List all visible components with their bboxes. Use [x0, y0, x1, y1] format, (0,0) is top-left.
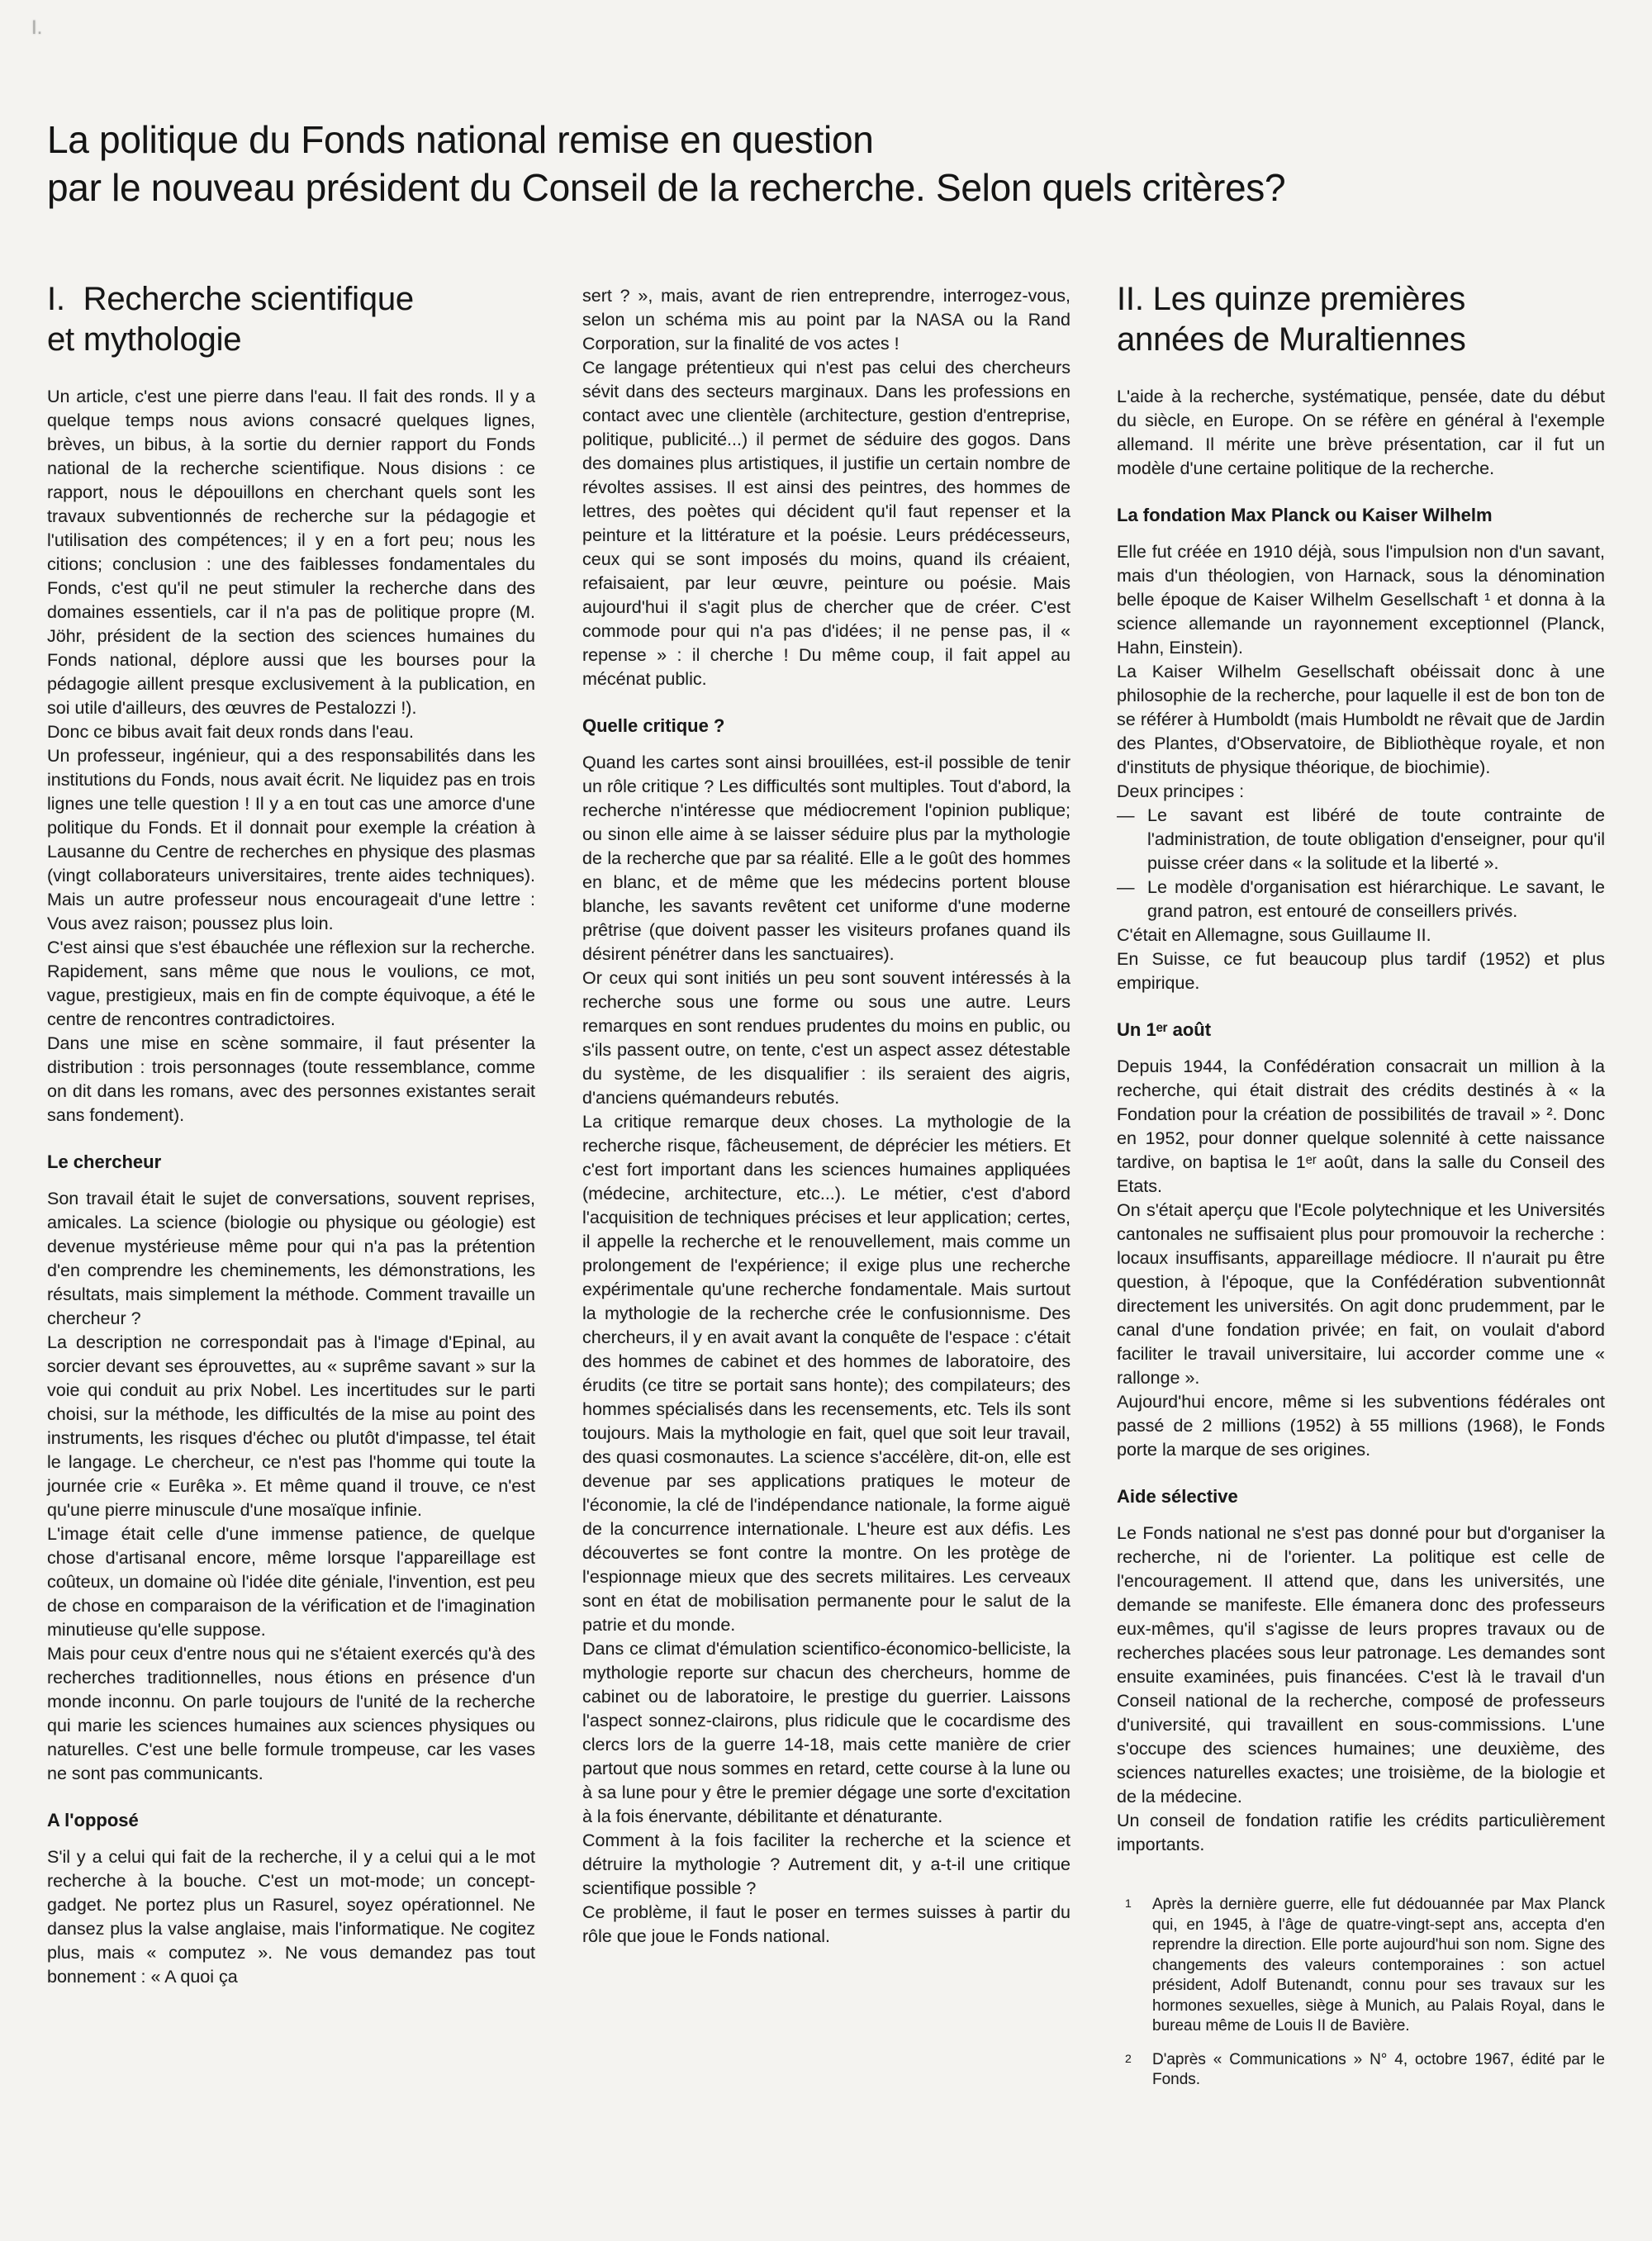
list-item-text: Le savant est libéré de toute contrainte… — [1147, 805, 1605, 873]
section-heading-2: II. Les quinze premières années de Mural… — [1117, 279, 1605, 360]
subheading-a-l-oppose: A l'opposé — [47, 1809, 535, 1832]
paragraph: C'était en Allemagne, sous Guillaume II. — [1117, 923, 1605, 947]
footnote-1-text: Après la dernière guerre, elle fut dédou… — [1152, 1896, 1605, 2034]
newspaper-page: I. La politique du Fonds national remise… — [0, 0, 1652, 2241]
dash-icon: — — [1117, 876, 1135, 900]
column-1: I. Recherche scientifique et mythologie … — [47, 279, 535, 1989]
section-heading-1: I. Recherche scientifique et mythologie — [47, 279, 535, 360]
list-item-text: Le modèle d'organisation est hiérarchiqu… — [1147, 877, 1605, 921]
list-item: — Le modèle d'organisation est hiérarchi… — [1117, 876, 1605, 923]
section-heading-1-line2: et mythologie — [47, 320, 535, 360]
section-heading-2-line2: années de Muraltiennes — [1117, 320, 1605, 360]
paragraph: On s'était aperçu que l'Ecole polytechni… — [1117, 1199, 1605, 1390]
paragraph: Depuis 1944, la Confédération consacrait… — [1117, 1055, 1605, 1199]
paragraph: sert ? », mais, avant de rien entreprend… — [582, 284, 1070, 356]
article-title-line1: La politique du Fonds national remise en… — [47, 116, 1616, 164]
article-title-line2: par le nouveau président du Conseil de l… — [47, 164, 1616, 211]
paragraph: C'est ainsi que s'est ébauchée une réfle… — [47, 936, 535, 1032]
subheading-un-1er-aout: Un 1ᵉʳ août — [1117, 1018, 1605, 1042]
footnotes: 1 Après la dernière guerre, elle fut déd… — [1117, 1895, 1605, 2091]
footnote-2: 2 D'après « Communications » N° 4, octob… — [1117, 2050, 1605, 2091]
column-3: II. Les quinze premières années de Mural… — [1117, 279, 1605, 2104]
footnote-2-marker: 2 — [1125, 2049, 1132, 2069]
paragraph: Ce langage prétentieux qui n'est pas cel… — [582, 356, 1070, 691]
paragraph: L'aide à la recherche, systématique, pen… — [1117, 385, 1605, 481]
section-heading-2-line1: II. Les quinze premières — [1117, 279, 1605, 320]
subheading-aide-selective: Aide sélective — [1117, 1485, 1605, 1508]
footnote-1: 1 Après la dernière guerre, elle fut déd… — [1117, 1895, 1605, 2037]
paragraph: Comment à la fois faciliter la recherche… — [582, 1829, 1070, 1901]
footnote-1-marker: 1 — [1125, 1893, 1132, 1914]
subheading-quelle-critique: Quelle critique ? — [582, 715, 1070, 738]
paragraph: Aujourd'hui encore, même si les subventi… — [1117, 1390, 1605, 1462]
article-title: La politique du Fonds national remise en… — [47, 116, 1616, 211]
paragraph: Dans ce climat d'émulation scientifico-é… — [582, 1637, 1070, 1829]
subheading-le-chercheur: Le chercheur — [47, 1151, 535, 1174]
paragraph: Un article, c'est une pierre dans l'eau.… — [47, 385, 535, 720]
paragraph: Mais pour ceux d'entre nous qui ne s'éta… — [47, 1642, 535, 1786]
paragraph: Le Fonds national ne s'est pas donné pou… — [1117, 1522, 1605, 1809]
paragraph: Elle fut créée en 1910 déjà, sous l'impu… — [1117, 540, 1605, 660]
paragraph: Deux principes : — [1117, 780, 1605, 804]
paragraph: Or ceux qui sont initiés un peu sont sou… — [582, 966, 1070, 1110]
paragraph: Ce problème, il faut le poser en termes … — [582, 1901, 1070, 1949]
paragraph: S'il y a celui qui fait de la recherche,… — [47, 1845, 535, 1989]
paragraph: Donc ce bibus avait fait deux ronds dans… — [47, 720, 535, 744]
dash-icon: — — [1117, 804, 1135, 828]
paragraph: La description ne correspondait pas à l'… — [47, 1331, 535, 1522]
paragraph: Dans une mise en scène sommaire, il faut… — [47, 1032, 535, 1128]
paragraph: La critique remarque deux choses. La myt… — [582, 1110, 1070, 1637]
paragraph: La Kaiser Wilhelm Gesellschaft obéissait… — [1117, 660, 1605, 780]
column-2: sert ? », mais, avant de rien entreprend… — [582, 279, 1070, 1949]
subheading-fondation-max-planck: La fondation Max Planck ou Kaiser Wilhel… — [1117, 504, 1605, 527]
paragraph: L'image était celle d'une immense patien… — [47, 1522, 535, 1642]
paragraph: Quand les cartes sont ainsi brouillées, … — [582, 751, 1070, 966]
section-heading-1-line1: I. Recherche scientifique — [47, 279, 535, 320]
paragraph: En Suisse, ce fut beaucoup plus tardif (… — [1117, 947, 1605, 995]
paragraph: Un conseil de fondation ratifie les créd… — [1117, 1809, 1605, 1857]
list-item: — Le savant est libéré de toute contrain… — [1117, 804, 1605, 876]
footnote-2-text: D'après « Communications » N° 4, octobre… — [1152, 2051, 1605, 2089]
paragraph: Son travail était le sujet de conversati… — [47, 1187, 535, 1331]
paragraph: Un professeur, ingénieur, qui a des resp… — [47, 744, 535, 936]
print-artifact-mark: I. — [31, 17, 42, 40]
